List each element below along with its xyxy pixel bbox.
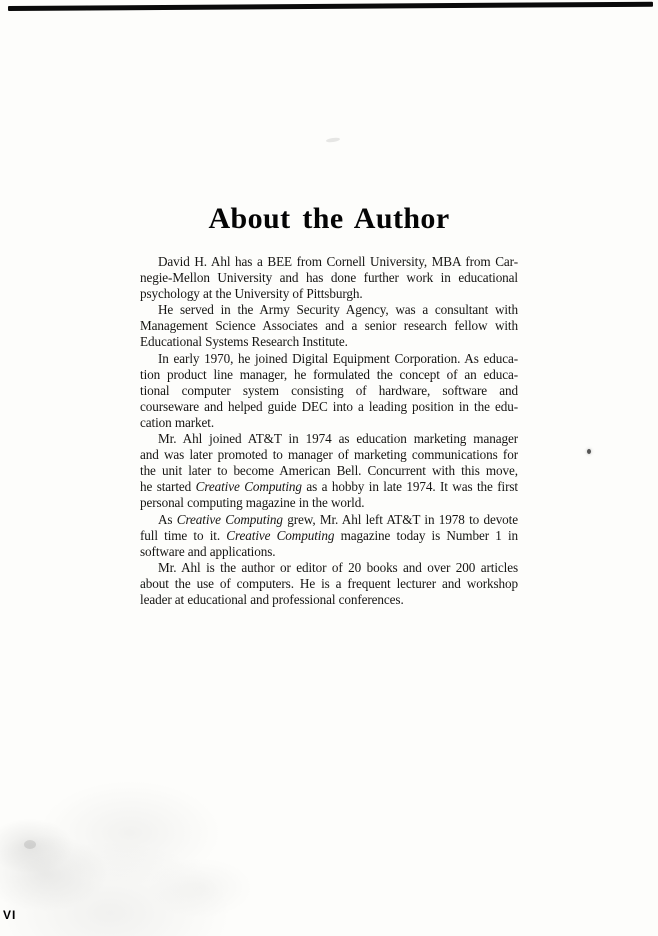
- body-line: and was later promoted to manager of mar…: [140, 447, 518, 463]
- body-line: about the use of computers. He is a freq…: [140, 576, 518, 592]
- body-line: Mr. Ahl is the author or editor of 20 bo…: [140, 560, 518, 576]
- body-line: He served in the Army Security Agency, w…: [140, 302, 518, 318]
- body-line: As Creative Computing grew, Mr. Ahl left…: [140, 512, 518, 528]
- body-line: courseware and helped guide DEC into a l…: [140, 399, 518, 415]
- body-line: cation market.: [140, 415, 518, 431]
- page-title: About the Author: [0, 202, 658, 236]
- body-text: David H. Ahl has a BEE from Cornell Univ…: [140, 254, 518, 608]
- body-line: Management Science Associates and a seni…: [140, 318, 518, 334]
- body-line: the unit later to become American Bell. …: [140, 463, 518, 479]
- body-line: personal computing magazine in the world…: [140, 495, 518, 511]
- scan-speck: [587, 449, 591, 454]
- book-page: About the Author David H. Ahl has a BEE …: [0, 0, 658, 936]
- body-line: tional computer system consisting of har…: [140, 383, 518, 399]
- body-line: Mr. Ahl joined AT&T in 1974 as education…: [140, 431, 518, 447]
- body-line: Educational Systems Research Institute.: [140, 334, 518, 350]
- body-line: In early 1970, he joined Digital Equipme…: [140, 351, 518, 367]
- body-line: leader at educational and professional c…: [140, 592, 518, 608]
- scan-artifact-texture: [0, 768, 310, 936]
- page-number: VI: [3, 908, 16, 922]
- body-line: psychology at the University of Pittsbur…: [140, 286, 518, 302]
- body-line: full time to it. Creative Computing maga…: [140, 528, 518, 544]
- scan-smudge: [326, 137, 340, 143]
- scan-artifact-top-rule: [8, 2, 653, 11]
- body-line: software and applications.: [140, 544, 518, 560]
- scan-smudge: [24, 840, 36, 849]
- body-line: David H. Ahl has a BEE from Cornell Univ…: [140, 254, 518, 270]
- body-line: negie-Mellon University and has done fur…: [140, 270, 518, 286]
- body-line: tion product line manager, he formulated…: [140, 367, 518, 383]
- body-line: he started Creative Computing as a hobby…: [140, 479, 518, 495]
